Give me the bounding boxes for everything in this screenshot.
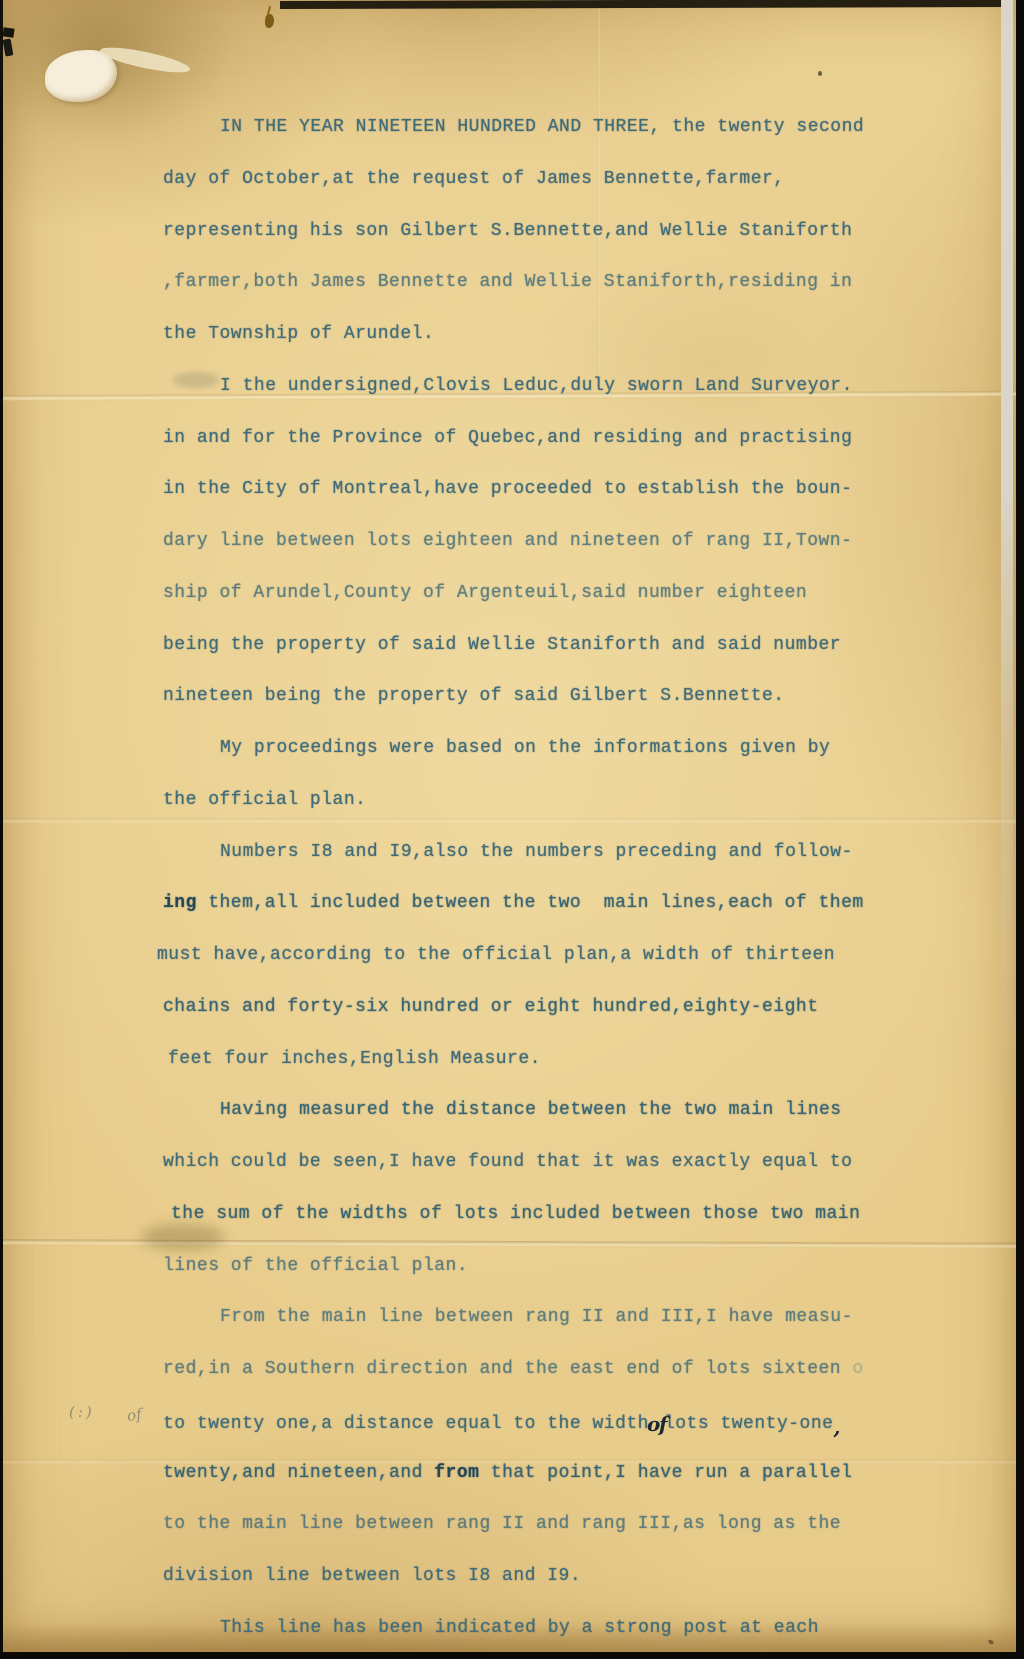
- text-line: My proceedings were based on the informa…: [163, 723, 963, 775]
- text-line: the sum of the widths of lots included b…: [171, 1189, 963, 1241]
- typewritten-segment: o: [841, 1359, 864, 1379]
- typewritten-segment: must have,according to the official plan…: [157, 945, 835, 965]
- text-line: chains and forty-six hundred or eight hu…: [163, 982, 963, 1034]
- typewritten-segment: ing: [163, 893, 197, 913]
- edge-ink-mark: [2, 27, 14, 37]
- typewritten-segment: chains and forty-six hundred or eight hu…: [163, 997, 819, 1017]
- typewritten-segment: I the undersigned,Clovis Leduc,duly swor…: [220, 376, 853, 396]
- typewritten-segment: IN THE YEAR NINETEEN HUNDRED AND THREE, …: [220, 117, 864, 137]
- typewritten-segment: the official plan.: [163, 790, 366, 810]
- typewritten-segment: to the main line between rang II and ran…: [163, 1514, 841, 1534]
- text-line: IN THE YEAR NINETEEN HUNDRED AND THREE, …: [163, 102, 963, 154]
- text-line: This line has been indicated by a strong…: [163, 1603, 963, 1655]
- text-line: the Township of Arundel.: [163, 309, 963, 361]
- pencil-margin-mark: of: [126, 1405, 143, 1425]
- typewritten-segment: being the property of said Wellie Stanif…: [163, 635, 841, 655]
- typewritten-segment: This line has been indicated by a strong…: [220, 1618, 819, 1638]
- typewritten-segment: to twenty one,a distance equal to the wi…: [163, 1414, 649, 1434]
- typewritten-segment: from: [434, 1463, 479, 1483]
- typewritten-segment: feet four inches,English Measure.: [168, 1049, 541, 1069]
- typewritten-segment: the Township of Arundel.: [163, 324, 434, 344]
- typewritten-segment: in and for the Province of Quebec,and re…: [163, 428, 852, 448]
- text-line: being the property of said Wellie Stanif…: [163, 620, 963, 672]
- text-line: which could be seen,I have found that it…: [163, 1137, 963, 1189]
- handwritten-insertion: ,: [833, 1402, 838, 1454]
- text-line: twenty,and nineteen,and from that point,…: [163, 1448, 963, 1500]
- typewritten-segment: representing his son Gilbert S.Bennette,…: [163, 221, 852, 241]
- text-line: Numbers I8 and I9,also the numbers prece…: [163, 827, 963, 879]
- pencil-margin-mark: (:): [69, 1403, 95, 1421]
- text-line: ing them,all included between the two ma…: [163, 878, 963, 930]
- text-line: representing his son Gilbert S.Bennette,…: [163, 206, 963, 258]
- text-line: lines of the official plan.: [163, 1241, 963, 1293]
- document-text: IN THE YEAR NINETEEN HUNDRED AND THREE, …: [163, 102, 963, 1655]
- paper-sheet: (:) of IN THE YEAR NINETEEN HUNDRED AND …: [3, 0, 1016, 1652]
- text-line: I the undersigned,Clovis Leduc,duly swor…: [163, 361, 963, 413]
- text-line: red,in a Southern direction and the east…: [163, 1344, 963, 1396]
- text-line: must have,according to the official plan…: [157, 930, 963, 982]
- typewritten-segment: day of October,at the request of James B…: [163, 169, 785, 189]
- text-line: nineteen being the property of said Gilb…: [163, 671, 963, 723]
- text-line: to twenty one,a distance equal to the wi…: [163, 1396, 963, 1448]
- text-line: ,farmer,both James Bennette and Wellie S…: [163, 257, 963, 309]
- typewritten-segment: lots twenty-one: [664, 1414, 834, 1434]
- typewritten-segment: them,all included between the two main l…: [197, 893, 864, 913]
- text-line: day of October,at the request of James B…: [163, 154, 963, 206]
- typewritten-segment: ship of Arundel,County of Argenteuil,sai…: [163, 583, 807, 603]
- text-line: dary line between lots eighteen and nine…: [163, 516, 963, 568]
- typewritten-segment: My proceedings were based on the informa…: [220, 738, 830, 758]
- typewritten-segment: which could be seen,I have found that it…: [163, 1152, 852, 1172]
- typewritten-segment: twenty,and nineteen,and: [163, 1463, 434, 1483]
- ink-dot: [818, 71, 822, 76]
- text-line: ship of Arundel,County of Argenteuil,sai…: [163, 568, 963, 620]
- typewritten-segment: Having measured the distance between the…: [220, 1100, 842, 1120]
- handwritten-insertion: of: [647, 1399, 666, 1451]
- scanned-document-page: { "colors": { "paper": "#ead092", "ink":…: [0, 0, 1024, 1659]
- typewritten-segment: nineteen being the property of said Gilb…: [163, 686, 785, 706]
- text-line: From the main line between rang II and I…: [163, 1292, 963, 1344]
- text-line: to the main line between rang II and ran…: [163, 1499, 963, 1551]
- typewritten-segment: ,farmer,both James Bennette and Wellie S…: [163, 272, 852, 292]
- text-line: the official plan.: [163, 775, 963, 827]
- typewritten-segment: that point,I have run a parallel: [479, 1463, 852, 1483]
- text-line: feet four inches,English Measure.: [168, 1034, 963, 1086]
- typewritten-segment: red,in a Southern direction and the east…: [163, 1359, 841, 1379]
- text-line: division line between lots I8 and I9.: [163, 1551, 963, 1603]
- typewritten-segment: From the main line between rang II and I…: [220, 1307, 853, 1327]
- ink-blot: [265, 14, 274, 28]
- text-line: in and for the Province of Quebec,and re…: [163, 413, 963, 465]
- typewritten-segment: dary line between lots eighteen and nine…: [163, 531, 852, 551]
- typewritten-segment: lines of the official plan.: [163, 1256, 468, 1276]
- scan-edge-right: [1001, 0, 1013, 1652]
- text-line: Having measured the distance between the…: [163, 1085, 963, 1137]
- text-line: in the City of Montreal,have proceeded t…: [163, 464, 963, 516]
- typewritten-segment: Numbers I8 and I9,also the numbers prece…: [220, 842, 853, 862]
- typewritten-segment: the sum of the widths of lots included b…: [171, 1204, 860, 1224]
- typewritten-segment: in the City of Montreal,have proceeded t…: [163, 479, 852, 499]
- typewritten-segment: division line between lots I8 and I9.: [163, 1566, 581, 1586]
